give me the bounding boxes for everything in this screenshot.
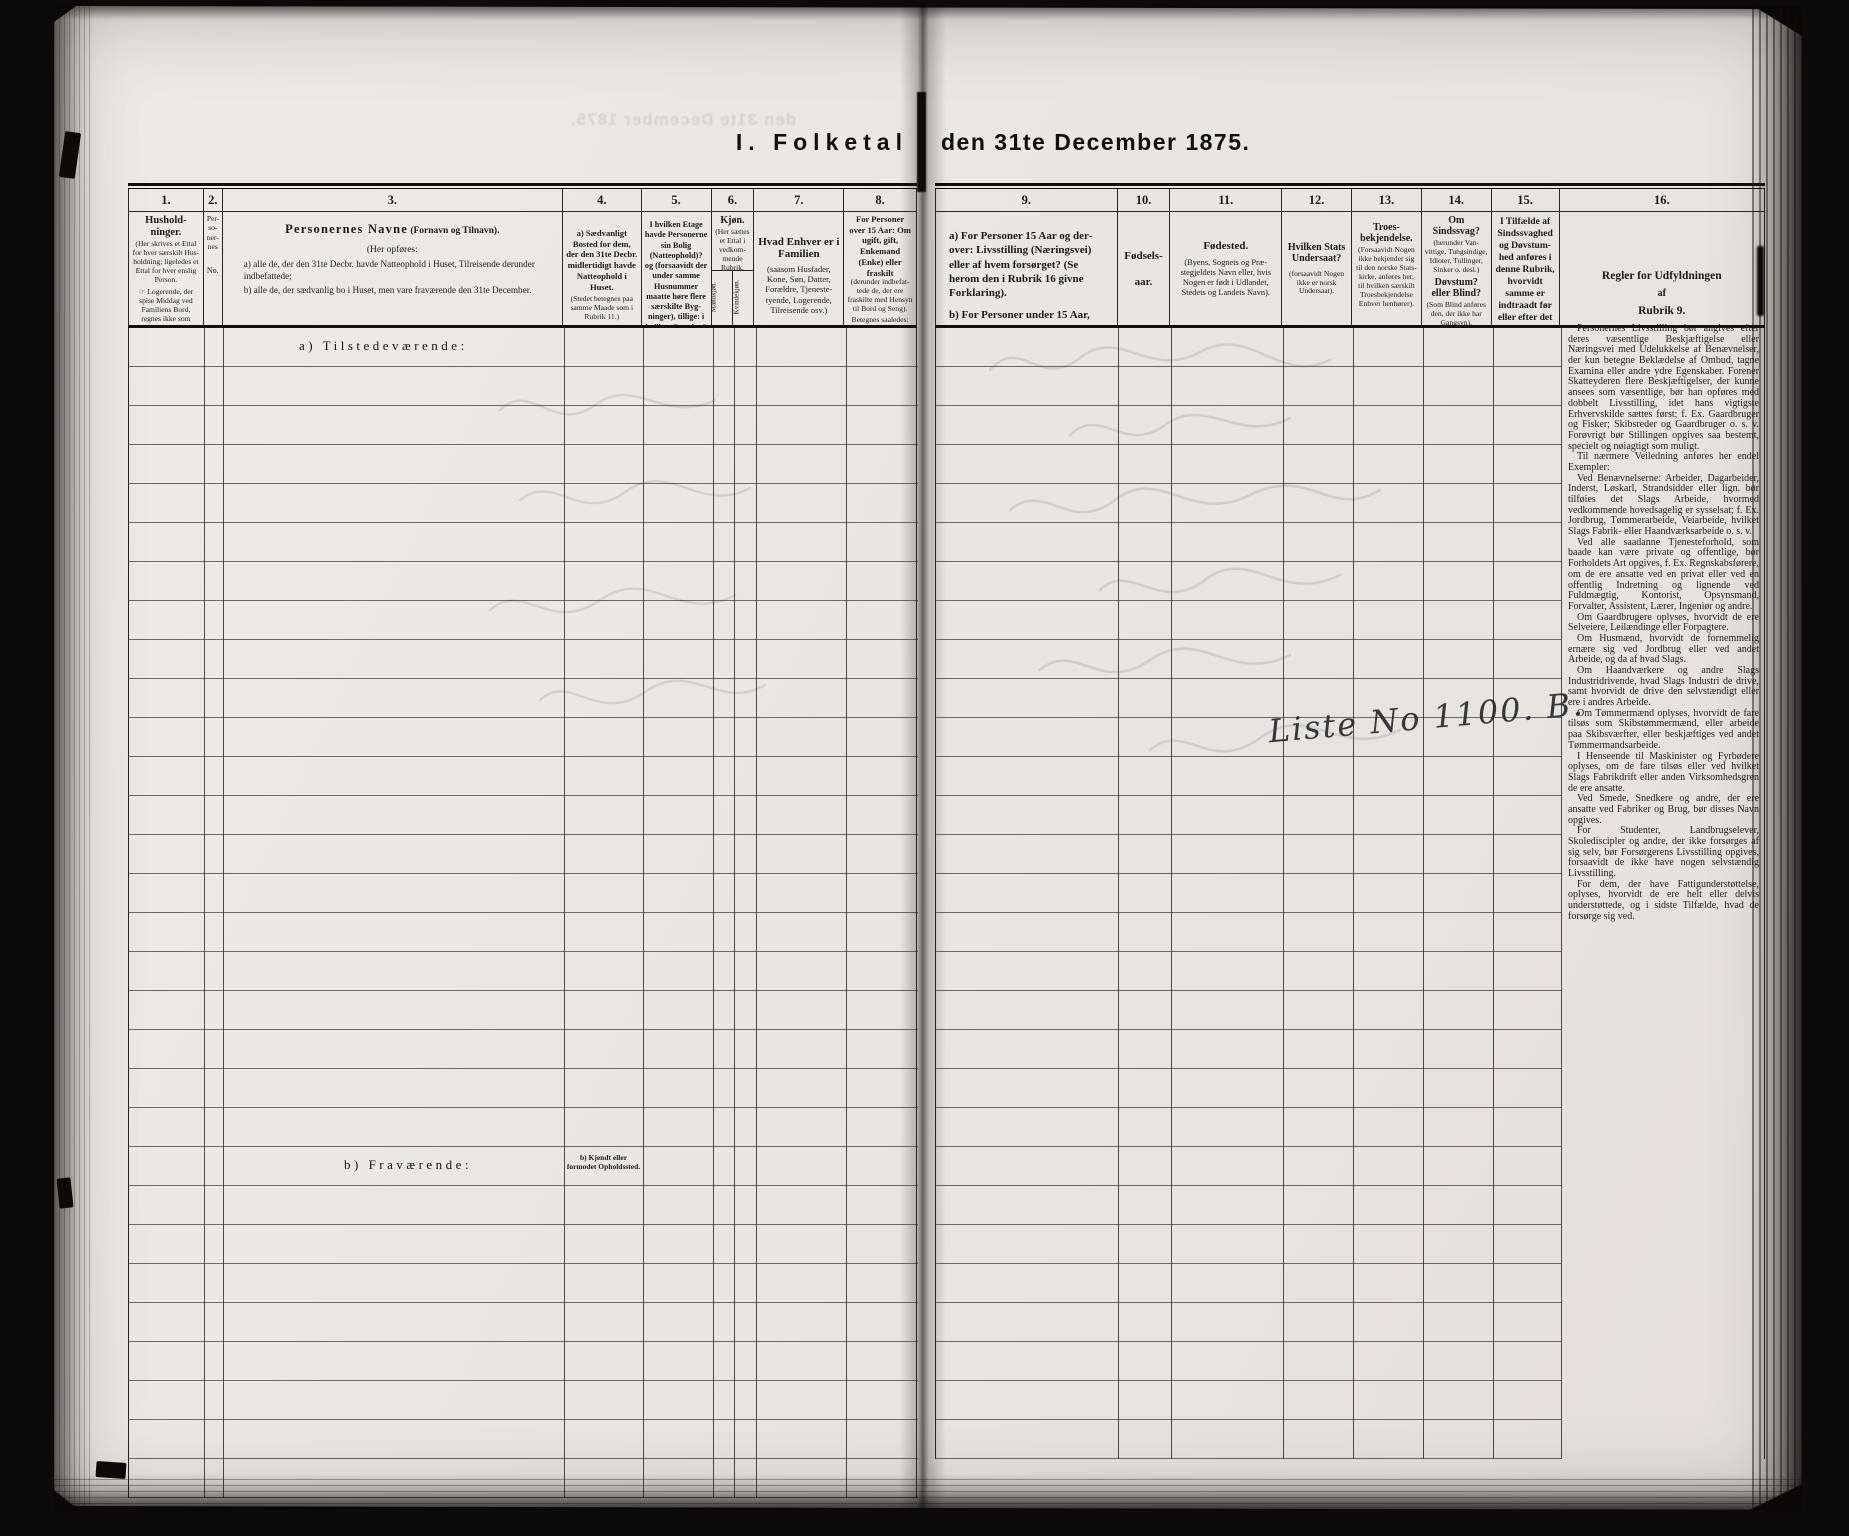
row-line <box>129 912 918 913</box>
row-line <box>936 1068 1561 1069</box>
column-number-row: 9.10.11.12.13.14.15.16. <box>935 189 1765 212</box>
col-line: Fødsels- <box>1121 250 1167 262</box>
column-number-6: 6. <box>712 189 755 211</box>
bleedthrough-handwriting-marks <box>950 330 1510 800</box>
kjon-subcolumns: Mandkjøn.Kvindekjøn. <box>712 270 754 325</box>
col-item-b: b) For Personer under 15 Aar, der have l… <box>939 308 1114 325</box>
row-line <box>129 1380 918 1381</box>
column-header-sindssvag: Om Sindssvag?(herunder Van­vittige, Tung… <box>1422 212 1492 325</box>
col-note: (herunder Van­vittige, Tung­sindige, Idi… <box>1425 239 1488 275</box>
column-line <box>846 328 847 1498</box>
column-number-13: 13. <box>1352 189 1422 211</box>
vertical-stacked-label: Per-so-ner-nes <box>207 214 219 252</box>
row-line <box>129 1419 918 1420</box>
column-header-familie: Hvad Enhver er i Familien(saasom Husfade… <box>754 212 844 325</box>
column-header-tilfaelde: I Tilfælde af Sinds­svaghed og Døvstum­h… <box>1492 212 1560 325</box>
stack-syllable: nes <box>207 242 219 251</box>
row-line <box>129 795 918 796</box>
mandkjon-subcolumn: Mandkjøn. <box>712 271 732 325</box>
column-number-row: 1.2.3.4.5.6.7.8. <box>128 189 917 212</box>
scan-artifact-speck <box>56 1177 73 1208</box>
column-header-husholdninger: Hushold­ninger.(Her skrives et Ettal for… <box>129 212 204 325</box>
column-header-navne: Personernes Navne (Fornavn og Tilnavn).(… <box>223 212 563 325</box>
scan-artifact-speck <box>95 1461 126 1479</box>
row-line <box>936 1107 1561 1108</box>
column-header-row: a) For Personer 15 Aar og der­over: Livs… <box>935 212 1765 328</box>
instructions-paragraph: Ved Smede, Snedkere og andre, der ere an… <box>1568 794 1759 826</box>
gutter-fold-line <box>917 92 926 192</box>
instructions-paragraph: Om Tømmermænd oplyses, hvorvidt de fare … <box>1568 709 1759 752</box>
column-number-16: 16. <box>1560 189 1765 211</box>
col-note: ☞ Logerende, der spise Middag ved Famili… <box>132 288 200 325</box>
column-line <box>204 328 205 1498</box>
instructions-paragraph: For dem, der have Fattigunderstøttelse, … <box>1568 880 1759 923</box>
column-number-1: 1. <box>129 189 204 211</box>
instructions-paragraph: For Studenter, Landbrugselever, Skoledis… <box>1568 826 1759 879</box>
instructions-paragraph: I Henseende til Maskinister og Fyrbødere… <box>1568 752 1759 795</box>
column-header-fodested: Fødested.(Byens, Sognets og Præ­stegjeld… <box>1170 212 1282 325</box>
col-title: Personernes Navne (Fornavn og Tilnavn). <box>226 222 559 237</box>
bleedthrough-title-ghost: den 31te December 1875. <box>570 110 796 130</box>
col-title: Om Sindssvag? <box>1425 215 1488 237</box>
column-line <box>1561 328 1562 1459</box>
row-line <box>936 1224 1561 1225</box>
col-title: Fødested. <box>1173 240 1278 252</box>
col-note: (Her sæt­tes et Ettal i vedkom­mende Rub… <box>715 228 751 273</box>
column-header-regler: Regler for UdfyldningenafRubrik 9. <box>1560 212 1764 325</box>
row-line <box>936 1458 1561 1459</box>
instructions-paragraph: Om Gaardbrugere oplyses, hvorvidt de ere… <box>1568 613 1759 634</box>
instructions-paragraph: Til nærmere Veiledning anføres her endel… <box>1568 452 1759 473</box>
kvindekjon-subcolumn: Kvindekjøn. <box>732 271 753 325</box>
stack-syllable: ner- <box>207 233 219 242</box>
bleedthrough-handwriting-marks <box>470 380 770 740</box>
column-number-10: 10. <box>1118 189 1171 211</box>
section-label-fravaerende: b) Fraværende: <box>344 1157 472 1173</box>
row-line <box>936 873 1561 874</box>
col-line: Rubrik 9. <box>1563 305 1761 317</box>
row-line <box>936 1263 1561 1264</box>
row-line <box>129 1146 918 1147</box>
row-line <box>129 1224 918 1225</box>
col-title: Hushold­ninger. <box>132 215 200 238</box>
column-number-3: 3. <box>223 189 563 211</box>
row-line <box>936 1341 1561 1342</box>
col-note: (Forsaavidt No­gen ikke bekjen­der sig t… <box>1355 246 1418 309</box>
column-number-9: 9. <box>936 189 1118 211</box>
column-number-14: 14. <box>1422 189 1492 211</box>
row-line <box>129 366 918 367</box>
column-header-undersaat: Hvilken Stats Under­saat?(forsaavidt No­… <box>1282 212 1352 325</box>
kvindekjon-vertical-label: Kvindekjøn. <box>732 280 740 315</box>
col-note: (der­under indbefat­tede de, der ere fra… <box>847 278 913 314</box>
instructions-paragraph: Om Husmænd, hvorvidt de fornemmelig ernæ… <box>1568 634 1759 666</box>
row-line <box>129 1068 918 1069</box>
col-note: (forsaavidt No­gen ikke er norsk Undersa… <box>1285 270 1348 297</box>
col-title: Kjøn. <box>715 215 751 226</box>
row-line <box>936 951 1561 952</box>
col-title: Hvilken Stats Under­saat? <box>1285 242 1348 264</box>
column-number-15: 15. <box>1492 189 1560 211</box>
row-line <box>936 1419 1561 1420</box>
scan-artifact-speck <box>1757 246 1764 316</box>
row-line <box>129 1107 918 1108</box>
no-label: No. <box>207 266 219 275</box>
row-line <box>129 834 918 835</box>
col-note: (saasom Husfader, Kone, Søn, Datter, For… <box>757 264 840 315</box>
row-line <box>936 1302 1561 1303</box>
column-number-7: 7. <box>754 189 844 211</box>
column-header-civilstand: For Personer over 15 Aar: Om ugift, gift… <box>844 212 916 325</box>
scanned-census-form-photo: den 31te December 1875. I. Folketal den … <box>0 0 1849 1536</box>
column-number-2: 2. <box>204 189 223 211</box>
row-line <box>129 1497 918 1498</box>
col-item-a: a) alle de, der den 31te Decbr. havde Na… <box>226 259 559 282</box>
row-line <box>936 1146 1561 1147</box>
table-top-rule-thick <box>935 183 1765 186</box>
mandkjon-vertical-label: Mandkjøn. <box>712 282 717 313</box>
column-number-11: 11. <box>1170 189 1282 211</box>
column-number-4: 4. <box>563 189 642 211</box>
column-number-12: 12. <box>1282 189 1352 211</box>
column-header-fodselsaar: Fødsels-aar. <box>1118 212 1171 325</box>
col-note: (Byens, Sognets og Præ­stegjeldets Navn … <box>1173 258 1278 298</box>
row-line <box>129 1185 918 1186</box>
col-line: Regler for Udfyldningen <box>1563 270 1761 282</box>
instructions-paragraph: Ved Benævnelserne: Arbeider, Dagarbeider… <box>1568 474 1759 538</box>
row-line <box>129 873 918 874</box>
section-note-opholdssted: b) Kjendt eller formodet Opholdssted. <box>566 1153 641 1171</box>
col-main: I Tilfælde af Sinds­svaghed og Døvstum­h… <box>1495 216 1556 325</box>
column-header-kjon: Kjøn.(Her sæt­tes et Ettal i vedkom­mend… <box>712 212 755 325</box>
column-header-bosted: a) Sædvanligt Bosted for dem, der den 31… <box>563 212 642 325</box>
stack-syllable: so- <box>207 223 219 232</box>
col-main: For Personer over 15 Aar: Om ugift, gift… <box>847 214 913 278</box>
stack-syllable: Per- <box>207 214 219 223</box>
col-note: (Her skrives et Ettal for hver særskilt … <box>132 240 200 285</box>
row-line <box>129 1458 918 1459</box>
instructions-paragraph: Personernes Livsstilling bør angives eft… <box>1568 324 1759 452</box>
col-title: Døvstum? eller Blind? <box>1425 277 1488 299</box>
column-header-personernes-no: Per-so-ner-nesNo. <box>204 212 223 325</box>
column-header-etage: I hvilken Etage havde Personerne sin Bol… <box>642 212 712 325</box>
column-header-livsstilling: a) For Personer 15 Aar og der­over: Livs… <box>936 212 1118 325</box>
row-line <box>129 990 918 991</box>
col-main: a) Sædvanligt Bosted for dem, der den 31… <box>566 228 638 292</box>
row-line <box>936 1185 1561 1186</box>
col-note: (Stedet betegnes paa samme Maade som i R… <box>566 295 638 322</box>
row-line <box>129 1263 918 1264</box>
instructions-paragraph: Om Haandværkere og andre Slags Industrid… <box>1568 666 1759 709</box>
col-title-suffix: (Fornavn og Tilnavn). <box>408 226 500 236</box>
col-note: (Som Blind an­føres den, der ikke har Ga… <box>1425 301 1488 325</box>
row-line <box>936 1380 1561 1381</box>
row-line <box>129 1029 918 1030</box>
col-main: I hvilken Etage havde Personerne sin Bol… <box>645 220 708 325</box>
form-title-left: I. Folketal <box>640 129 908 156</box>
row-line <box>936 834 1561 835</box>
col-line: aar. <box>1121 276 1167 288</box>
column-line <box>223 328 224 1498</box>
column-number-8: 8. <box>844 189 916 211</box>
row-line <box>936 1029 1561 1030</box>
col-title: Troes­bekjendelse. <box>1355 222 1418 244</box>
col-title: Hvad Enhver er i Familien <box>757 236 840 260</box>
rubrik9-instructions-text: Personernes Livsstilling bør angives eft… <box>1568 324 1759 1194</box>
row-line <box>129 951 918 952</box>
column-header-troesbekjendelse: Troes­bekjendelse.(Forsaavidt No­gen ikk… <box>1352 212 1422 325</box>
col-tail: Betegnes saa­ledes: ug., g., e., f. <box>847 316 913 325</box>
column-header-row: Hushold­ninger.(Her skrives et Ettal for… <box>128 212 917 328</box>
column-number-5: 5. <box>642 189 712 211</box>
col-item-b: b) alle de, der sædvanlig bo i Huset, me… <box>226 285 559 297</box>
table-top-rule-thick <box>128 183 917 186</box>
row-line <box>129 1341 918 1342</box>
form-title-right: den 31te December 1875. <box>941 129 1250 156</box>
row-line <box>129 1302 918 1303</box>
col-subtitle: (Her opføres: <box>226 245 559 256</box>
row-line <box>129 756 918 757</box>
row-line <box>936 912 1561 913</box>
col-line: af <box>1563 288 1761 299</box>
section-label-tilstedevaerende: a) Tilstedeværende: <box>299 338 468 354</box>
instructions-paragraph: Ved alle saadanne Tjenesteforhold, som b… <box>1568 538 1759 613</box>
row-line <box>936 990 1561 991</box>
col-item-a: a) For Personer 15 Aar og der­over: Livs… <box>939 229 1114 300</box>
